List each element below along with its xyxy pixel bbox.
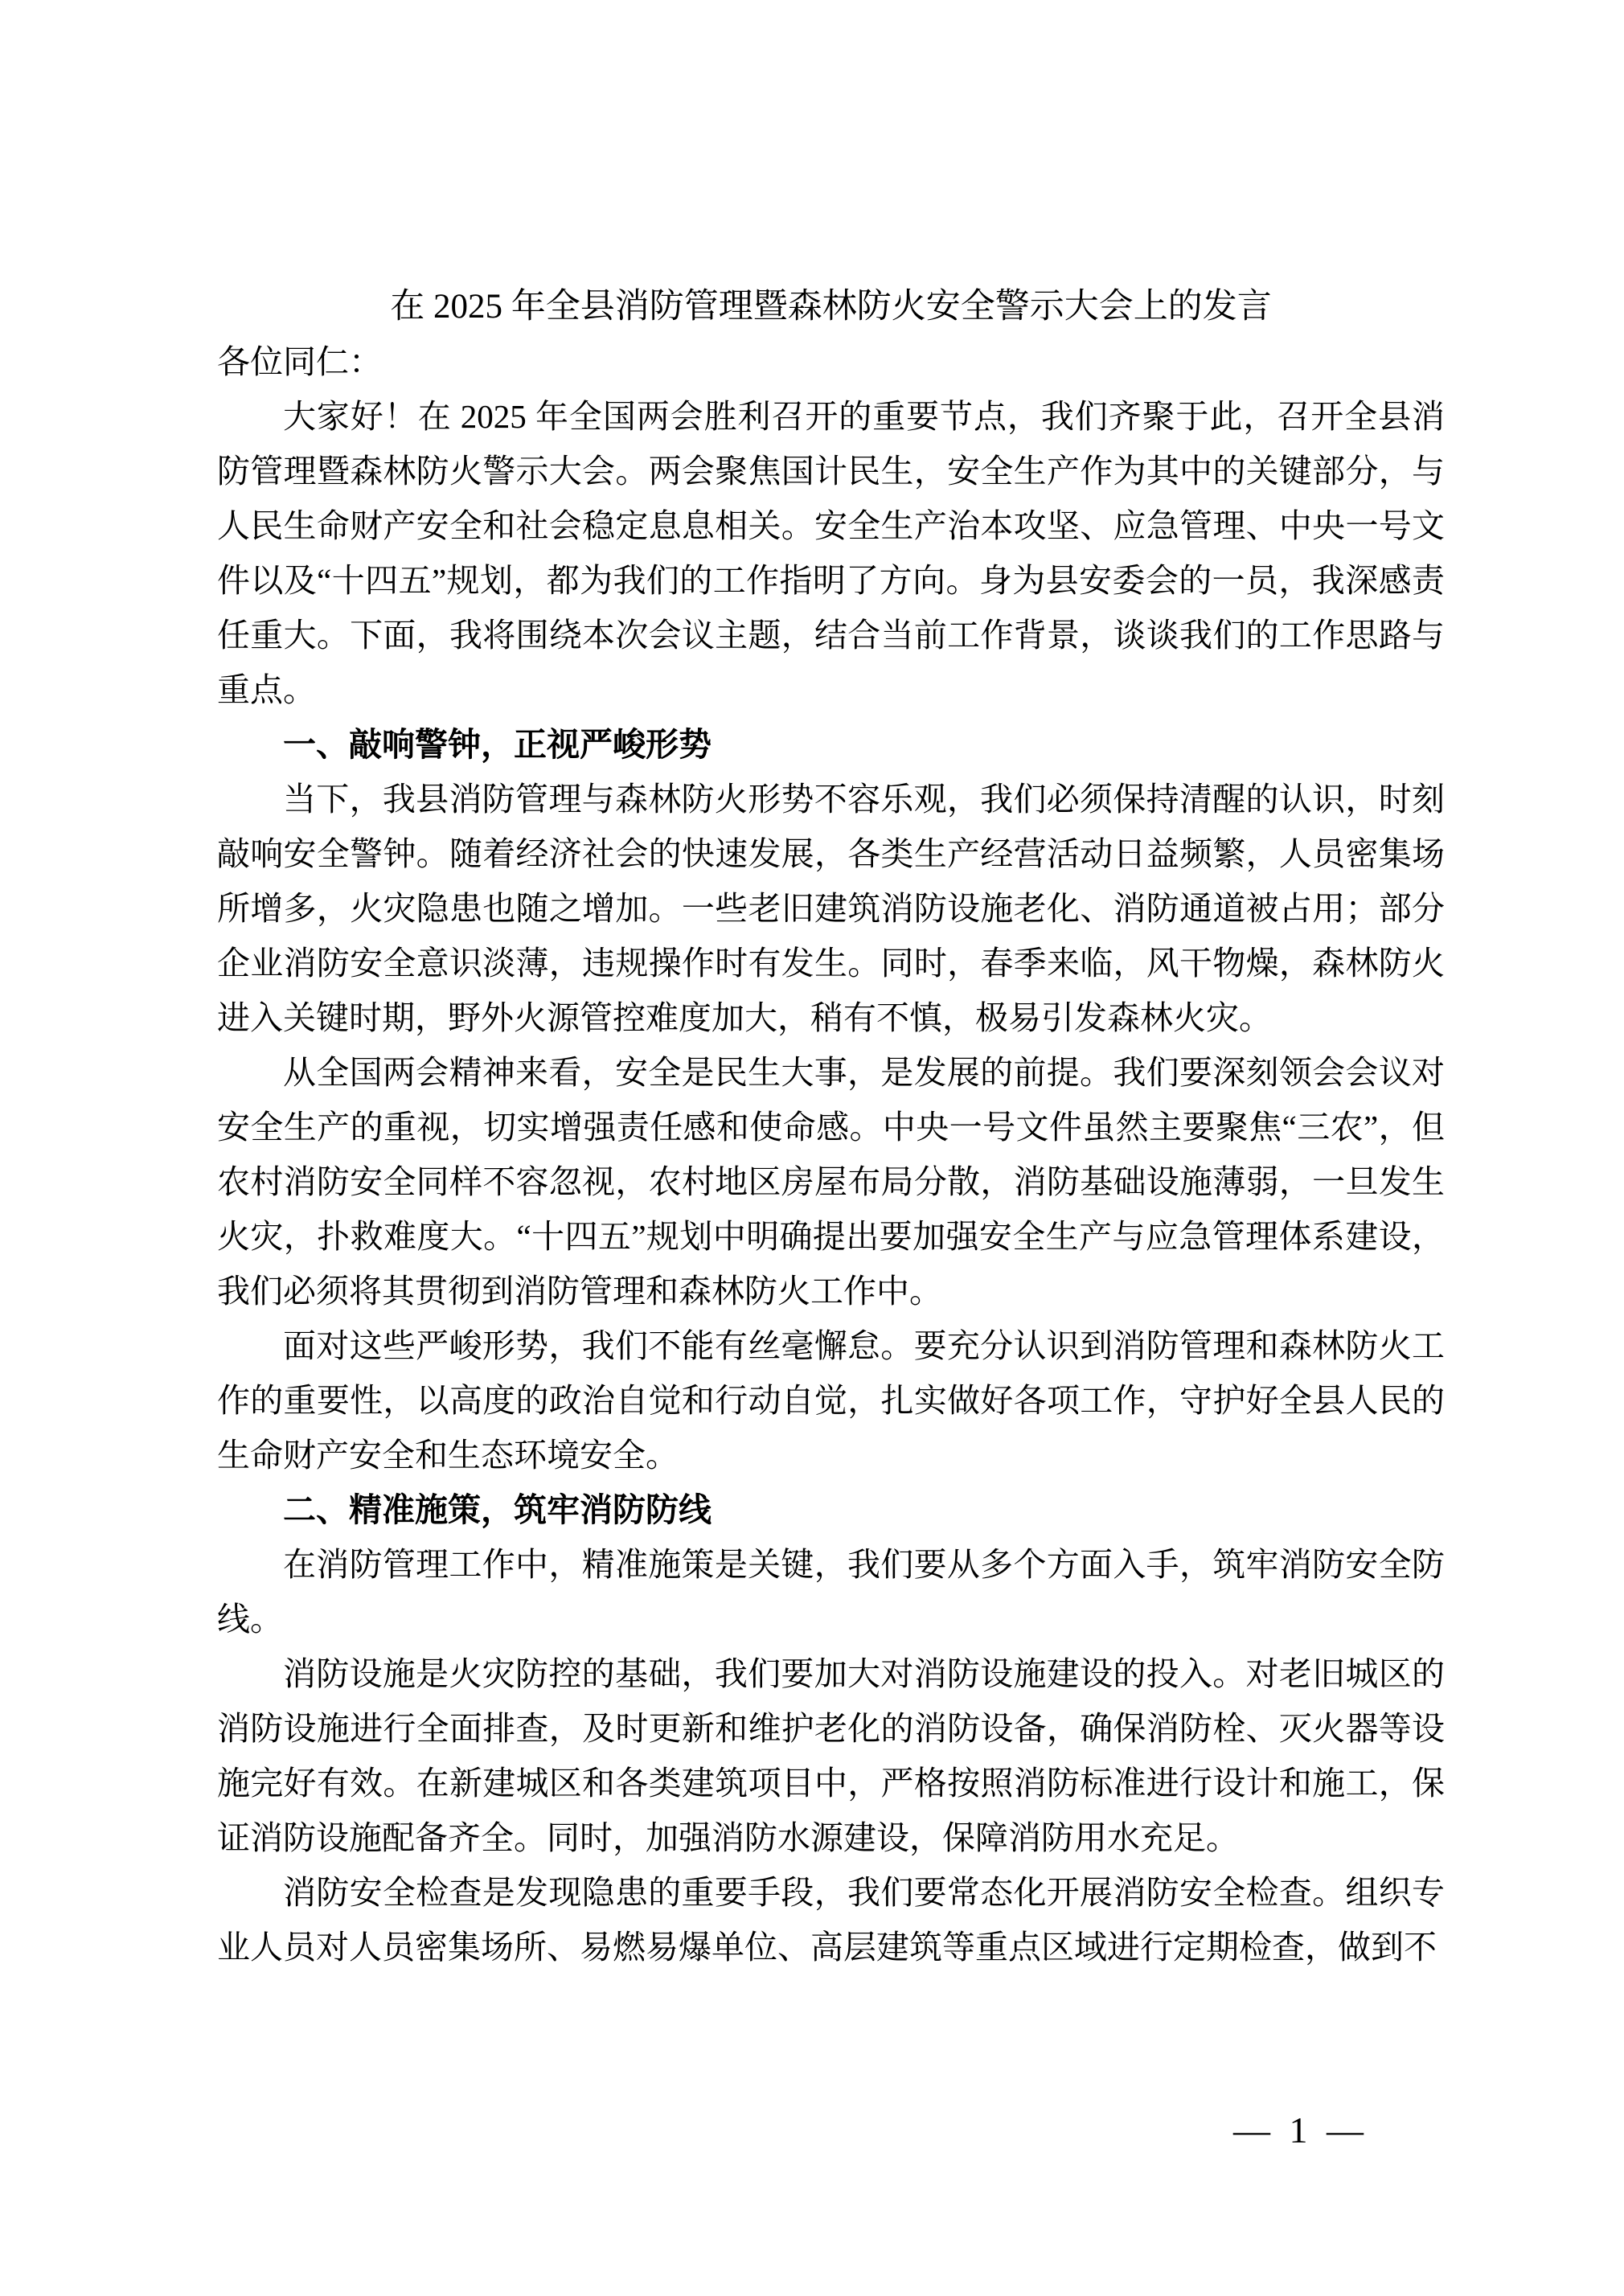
body-paragraph: 面对这些严峻形势，我们不能有丝毫懈怠。要充分认识到消防管理和森林防火工作的重要性… [217, 1318, 1445, 1482]
body-paragraph: 从全国两会精神来看，安全是民生大事，是发展的前提。我们要深刻领会会议对安全生产的… [217, 1045, 1445, 1318]
document-content: 在 2025 年全县消防管理暨森林防火安全警示大会上的发言 各位同仁： 大家好！… [217, 280, 1445, 1974]
body-paragraph: 大家好！在 2025 年全国两会胜利召开的重要节点，我们齐聚于此，召开全县消防管… [217, 389, 1445, 717]
salutation-line: 各位同仁： [217, 334, 1445, 389]
body-paragraph: 在消防管理工作中，精准施策是关键，我们要从多个方面入手，筑牢消防安全防线。 [217, 1537, 1445, 1646]
body-paragraph: 消防设施是火灾防控的基础，我们要加大对消防设施建设的投入。对老旧城区的消防设施进… [217, 1646, 1445, 1865]
document-title: 在 2025 年全县消防管理暨森林防火安全警示大会上的发言 [217, 280, 1445, 334]
body-paragraph: 当下，我县消防管理与森林防火形势不容乐观，我们必须保持清醒的认识，时刻敲响安全警… [217, 772, 1445, 1045]
page-number: — 1 — [1233, 2106, 1368, 2155]
section-heading-1: 一、敲响警钟，正视严峻形势 [217, 717, 1445, 772]
section-heading-2: 二、精准施策，筑牢消防防线 [217, 1482, 1445, 1537]
body-paragraph: 消防安全检查是发现隐患的重要手段，我们要常态化开展消防安全检查。组织专业人员对人… [217, 1865, 1445, 1974]
document-page: 在 2025 年全县消防管理暨森林防火安全警示大会上的发言 各位同仁： 大家好！… [0, 0, 1624, 2296]
